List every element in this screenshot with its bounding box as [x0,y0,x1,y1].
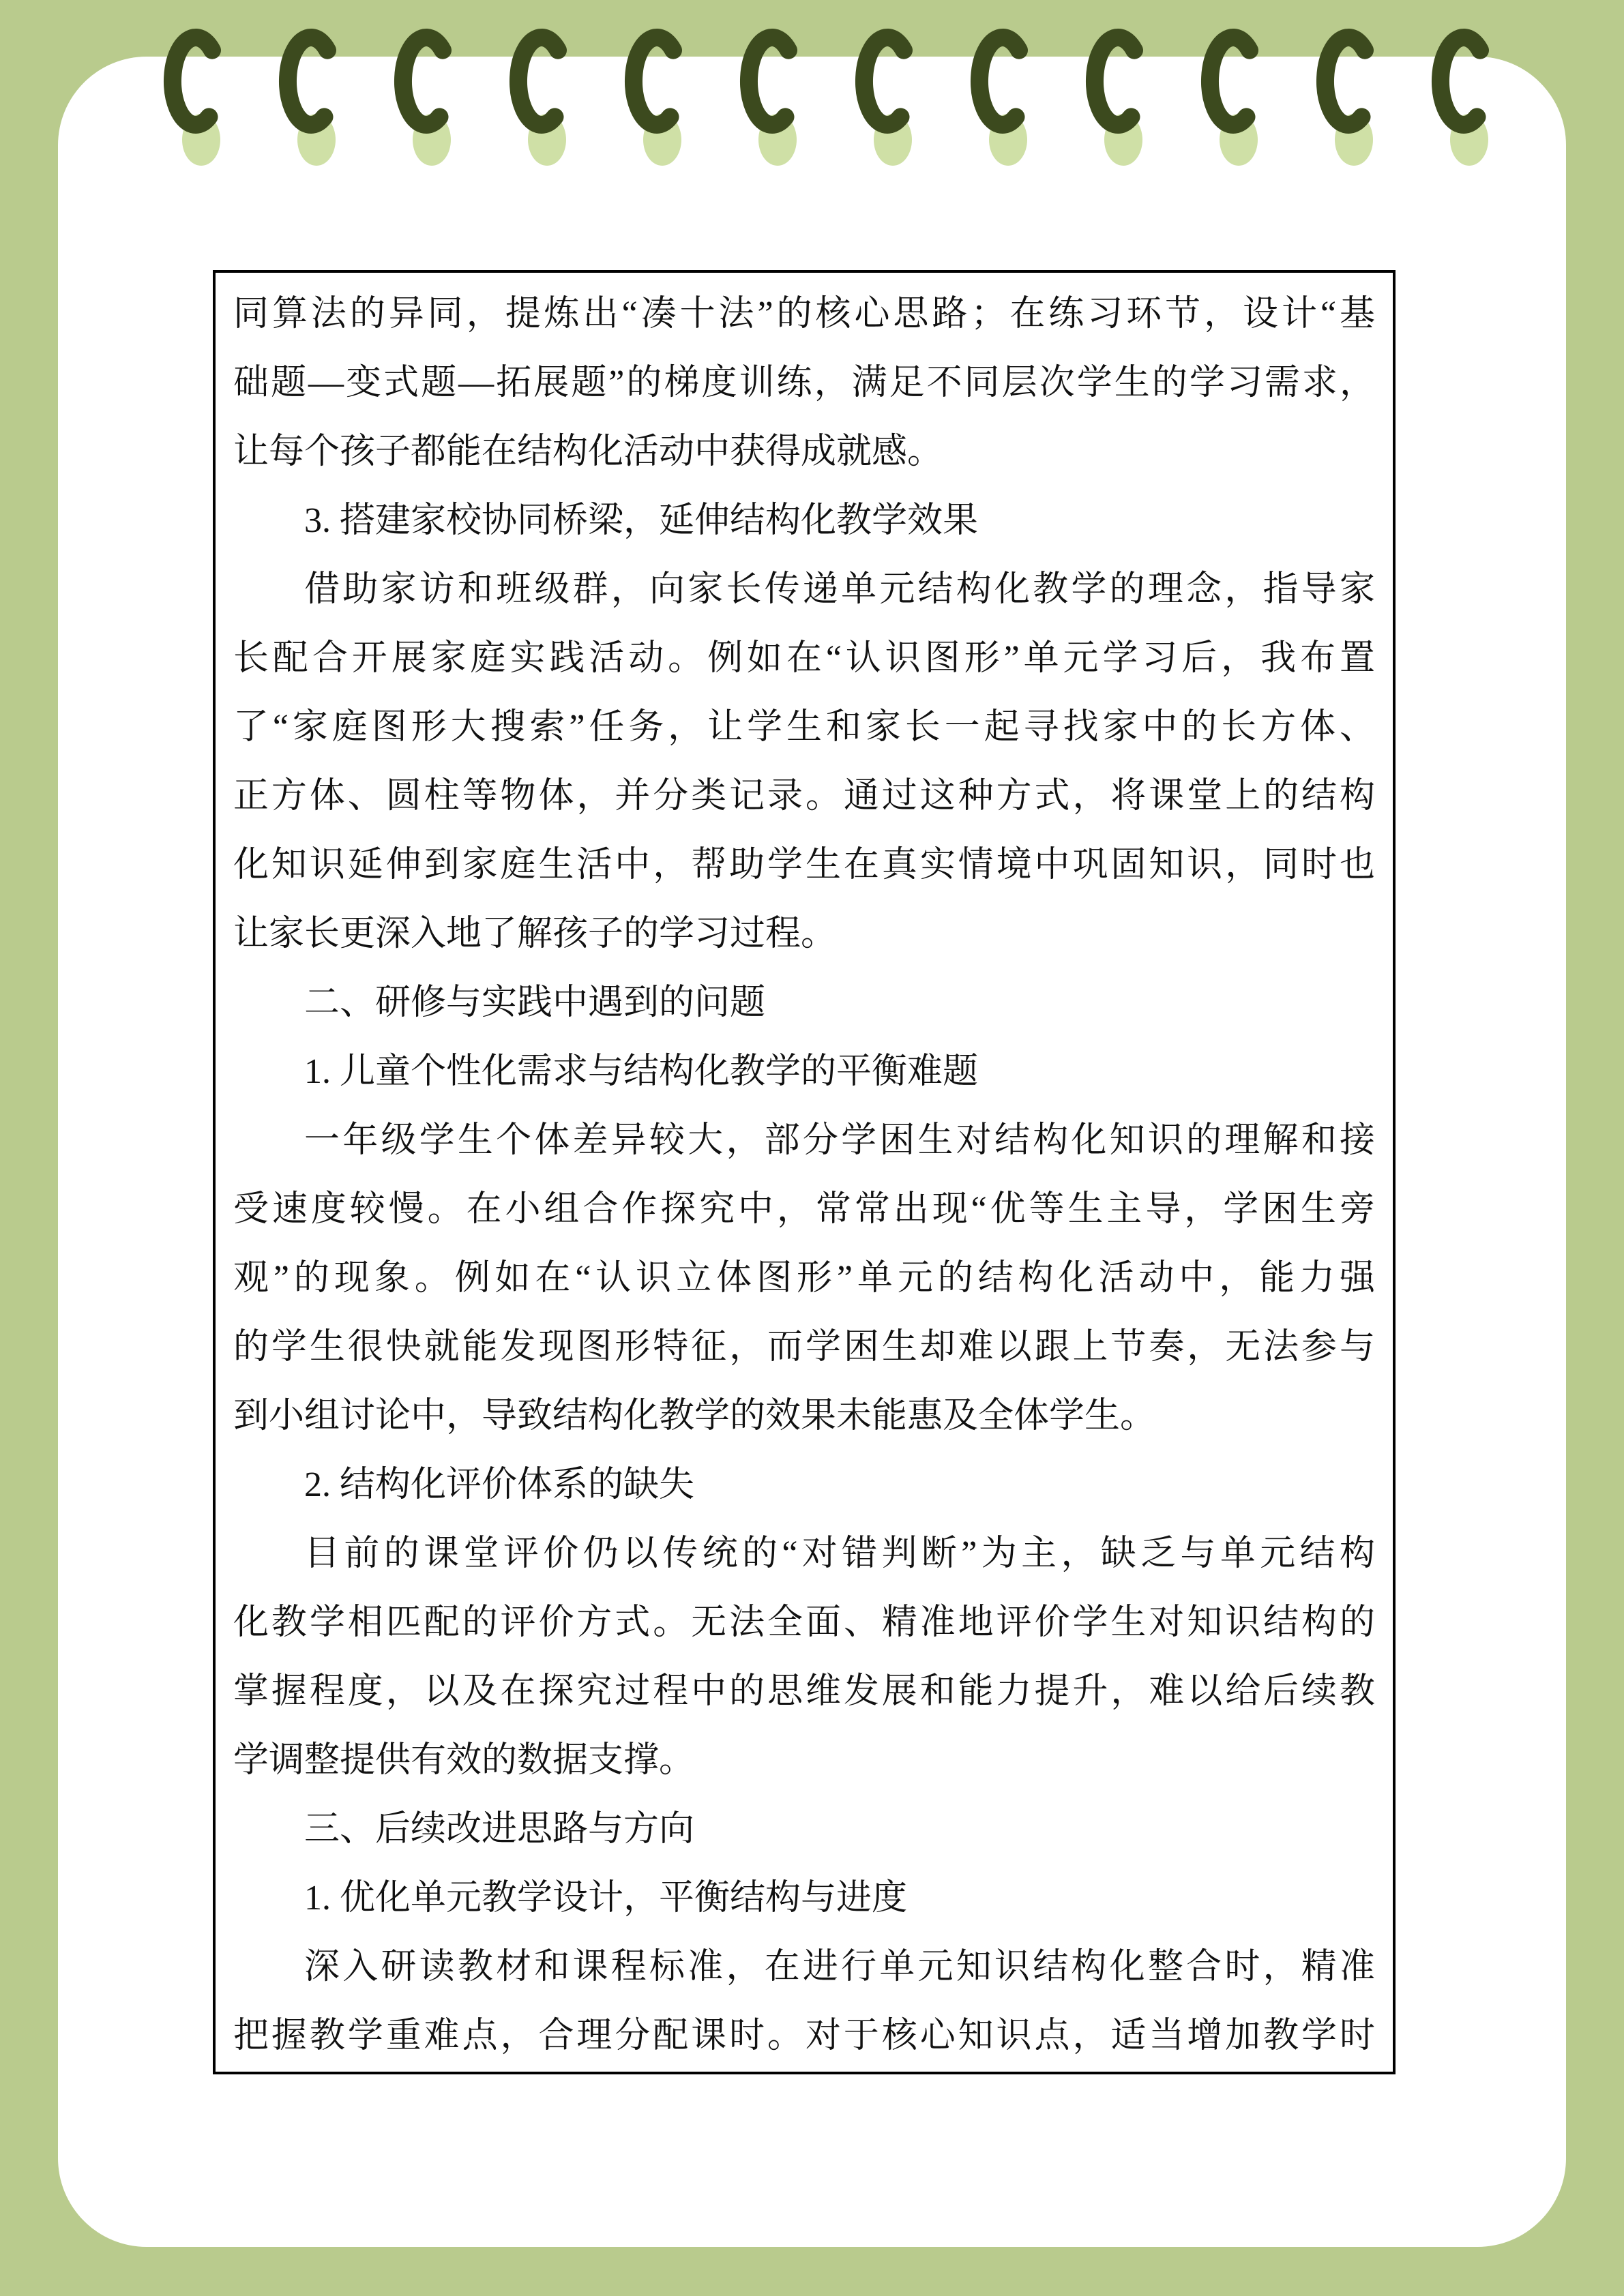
text-line: 二、研修与实践中遇到的问题 [233,968,1375,1037]
text-line: 同算法的异同，提炼出“凑十法”的核心思路；在练习环节，设计“基 [233,280,1375,348]
text-line: 化知识延伸到家庭生活中，帮助学生在真实情境中巩固知识，同时也 [233,831,1375,899]
spiral-ring-icon [385,10,467,160]
spiral-ring-icon [846,10,928,160]
text-line: 让家长更深入地了解孩子的学习过程。 [233,899,1375,968]
spiral-ring-icon [1077,10,1159,160]
text-line: 深入研读教材和课程标准，在进行单元知识结构化整合时，精准 [233,1933,1375,2001]
text-line: 础题—变式题—拓展题”的梯度训练，满足不同层次学生的学习需求， [233,348,1375,417]
text-line: 观”的现象。例如在“认识立体图形”单元的结构化活动中，能力强 [233,1244,1375,1313]
report-text-frame: 同算法的异同，提炼出“凑十法”的核心思路；在练习环节，设计“基础题—变式题—拓展… [213,270,1396,2074]
text-line: 1. 儿童个性化需求与结构化教学的平衡难题 [233,1037,1375,1106]
text-line: 一年级学生个体差异较大，部分学困生对结构化知识的理解和接 [233,1106,1375,1175]
text-line: 三、后续改进思路与方向 [233,1795,1375,1864]
text-line: 把握教学重难点，合理分配课时。对于核心知识点，适当增加教学时 [233,2001,1375,2070]
text-line: 学调整提供有效的数据支撑。 [233,1726,1375,1795]
spiral-ring-icon [731,10,813,160]
text-line: 掌握程度，以及在探究过程中的思维发展和能力提升，难以给后续教 [233,1657,1375,1726]
spiral-ring-icon [155,10,237,160]
text-line: 受速度较慢。在小组合作探究中，常常出现“优等生主导，学困生旁 [233,1175,1375,1244]
spiral-ring-icon [270,10,352,160]
text-line: 2. 结构化评价体系的缺失 [233,1450,1375,1519]
spiral-ring-icon [962,10,1044,160]
text-line: 的学生很快就能发现图形特征，而学困生却难以跟上节奏，无法参与 [233,1313,1375,1382]
spiral-ring-icon [1308,10,1389,160]
text-line: 化教学相匹配的评价方式。无法全面、精准地评价学生对知识结构的 [233,1588,1375,1657]
spiral-ring-icon [1192,10,1274,160]
text-line: 让每个孩子都能在结构化活动中获得成就感。 [233,417,1375,486]
spiral-ring-icon [501,10,582,160]
text-line: 1. 优化单元教学设计，平衡结构与进度 [233,1864,1375,1933]
text-line: 3. 搭建家校协同桥梁，延伸结构化教学效果 [233,486,1375,555]
text-line: 了“家庭图形大搜索”任务，让学生和家长一起寻找家中的长方体、 [233,693,1375,762]
spiral-binding [0,0,1624,205]
spiral-ring-icon [1423,10,1505,160]
text-line: 到小组讨论中，导致结构化教学的效果未能惠及全体学生。 [233,1382,1375,1450]
spiral-ring-icon [616,10,698,160]
text-line: 目前的课堂评价仍以传统的“对错判断”为主，缺乏与单元结构 [233,1519,1375,1588]
text-line: 正方体、圆柱等物体，并分类记录。通过这种方式，将课堂上的结构 [233,762,1375,831]
notebook-page: 同算法的异同，提炼出“凑十法”的核心思路；在练习环节，设计“基础题—变式题—拓展… [0,0,1624,2296]
text-line: 长配合开展家庭实践活动。例如在“认识图形”单元学习后，我布置 [233,624,1375,693]
text-line: 借助家访和班级群，向家长传递单元结构化教学的理念，指导家 [233,555,1375,624]
